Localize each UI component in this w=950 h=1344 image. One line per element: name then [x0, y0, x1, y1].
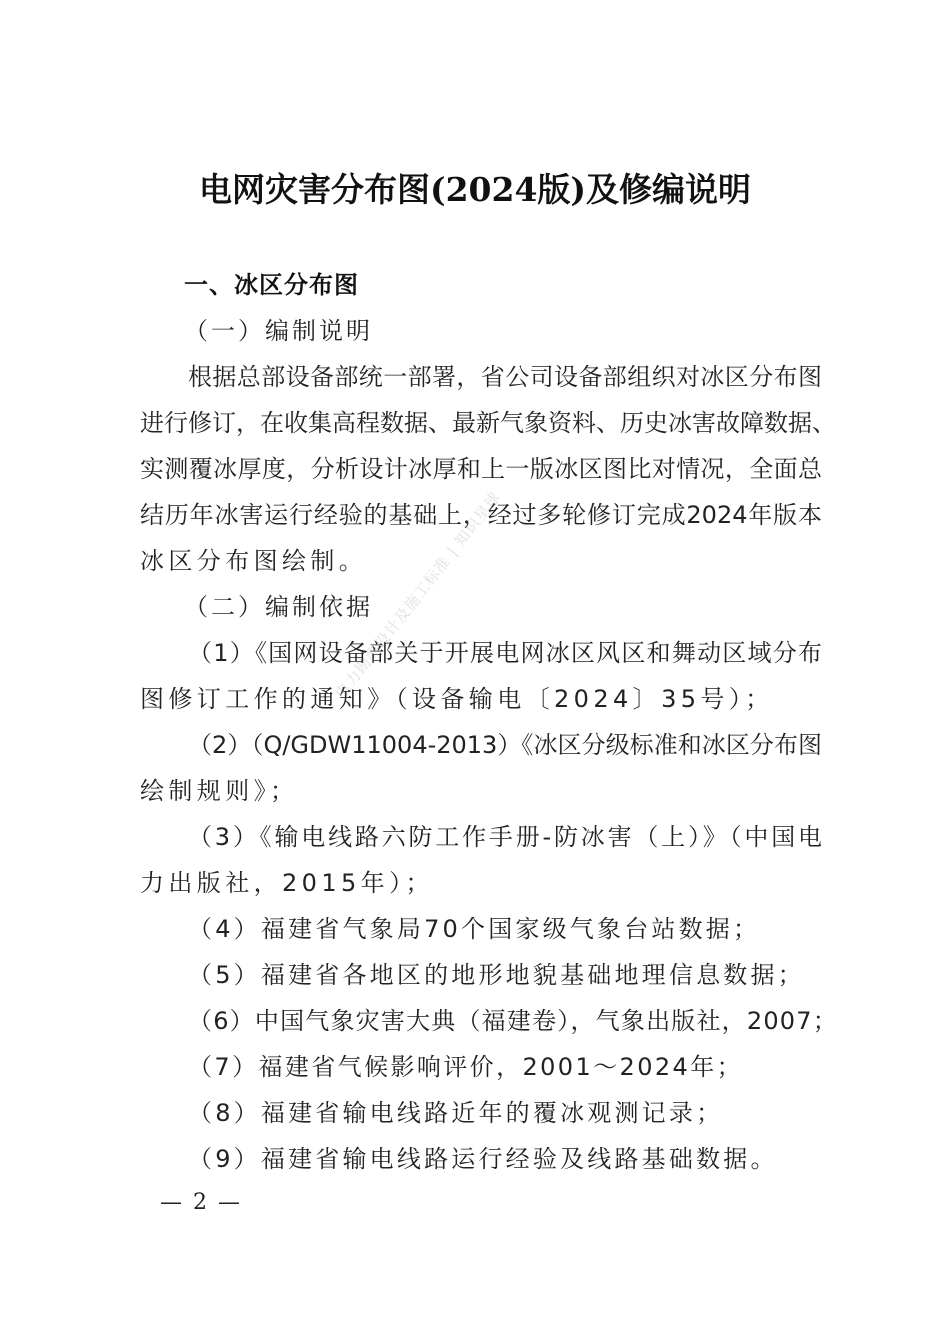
document-body: 一、冰区分布图 （一）编制说明 根据总部设备部统一部署，省公司设备部组织对冰区分…	[140, 262, 822, 1182]
basis-item-line: （2）（Q/GDW11004-2013）《冰区分级标准和冰区分布图	[140, 722, 822, 768]
subsection-heading-compilation-basis: （二）编制依据	[140, 584, 822, 630]
paragraph-line: 冰区分布图绘制。	[140, 538, 822, 584]
basis-item-2: （2）（Q/GDW11004-2013）《冰区分级标准和冰区分布图 绘制规则》；	[140, 722, 822, 814]
paragraph-line: 实测覆冰厚度，分析设计冰厚和上一版冰区图比对情况，全面总	[140, 446, 822, 492]
page-number: — 2 —	[160, 1190, 242, 1215]
basis-item-line: 力出版社，2015年）；	[140, 860, 822, 906]
basis-item-1: （1）《国网设备部关于开展电网冰区风区和舞动区域分布 图修订工作的通知》（设备输…	[140, 630, 822, 722]
basis-item-line: （3）《输电线路六防工作手册-防冰害（上）》（中国电	[140, 814, 822, 860]
basis-item-line: 绘制规则》；	[140, 768, 822, 814]
subsection-heading-compilation-notes: （一）编制说明	[140, 308, 822, 354]
basis-item-4: （4）福建省气象局70个国家级气象台站数据；	[140, 906, 822, 952]
paragraph-line: 根据总部设备部统一部署，省公司设备部组织对冰区分布图	[140, 354, 822, 400]
document-page: 电网灾害分布图(2024版)及修编说明 一、冰区分布图 （一）编制说明 根据总部…	[0, 0, 950, 1344]
basis-item-3: （3）《输电线路六防工作手册-防冰害（上）》（中国电 力出版社，2015年）；	[140, 814, 822, 906]
paragraph-line: 结历年冰害运行经验的基础上，经过多轮修订完成2024年版本	[140, 492, 822, 538]
basis-item-8: （8）福建省输电线路近年的覆冰观测记录；	[140, 1090, 822, 1136]
compilation-notes-paragraph: 根据总部设备部统一部署，省公司设备部组织对冰区分布图 进行修订，在收集高程数据、…	[140, 354, 822, 584]
paragraph-line: 进行修订，在收集高程数据、最新气象资料、历史冰害故障数据、	[140, 400, 822, 446]
basis-item-6: （6）中国气象灾害大典（福建卷），气象出版社，2007；	[140, 998, 822, 1044]
basis-item-5: （5）福建省各地区的地形地貌基础地理信息数据；	[140, 952, 822, 998]
basis-item-line: 图修订工作的通知》（设备输电〔2024〕35号）；	[140, 676, 822, 722]
document-title: 电网灾害分布图(2024版)及修编说明	[0, 168, 950, 212]
section-heading-ice-zone-map: 一、冰区分布图	[140, 262, 822, 308]
basis-item-line: （1）《国网设备部关于开展电网冰区风区和舞动区域分布	[140, 630, 822, 676]
basis-item-9: （9）福建省输电线路运行经验及线路基础数据。	[140, 1136, 822, 1182]
basis-item-7: （7）福建省气候影响评价，2001～2024年；	[140, 1044, 822, 1090]
